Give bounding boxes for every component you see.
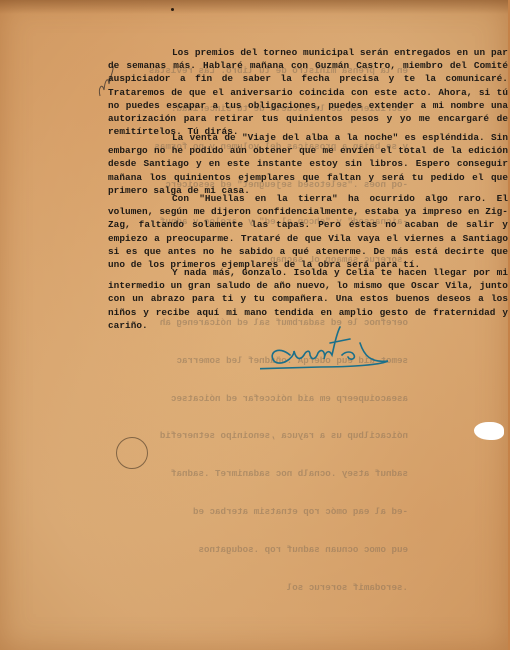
bleed-line: nóicacilbup us a rayuca ,senoinipo setne…: [18, 430, 408, 443]
paragraph-book-sales: La venta de "Viaje del alba a la noche" …: [108, 131, 508, 197]
ink-dot: [171, 8, 174, 11]
paragraph-prizes: Los premios del torneo municipal serán e…: [108, 46, 508, 138]
paragraph-closing: Y nada más, Gonzalo. Isolda y Celia te h…: [108, 266, 508, 332]
signature: [260, 325, 400, 373]
bleed-line: aseacoiupeerp em aíd nóiccefar ed nóicat…: [18, 393, 408, 406]
paper-hole: [474, 422, 504, 440]
bleed-line: sadnuf atsey .ocnalb noc sadanimreT .sad…: [18, 468, 408, 481]
paragraph-text: Y nada más, Gonzalo. Isolda y Celia te h…: [108, 266, 508, 332]
edge-stain: [0, 0, 508, 14]
paragraph-huellas: Con "Huellas en la tierra" ha ocurrido a…: [108, 192, 508, 271]
paragraph-text: La venta de "Viaje del alba a la noche" …: [108, 131, 508, 197]
bleed-line: -ed al eaq omóc rop etnatsim aterbac ed: [18, 506, 408, 519]
paragraph-text: Con "Huellas en la tierra" ha ocurrido a…: [108, 192, 508, 271]
bleed-line: euq omoc ocnuan sadnuf rop .sodugatnos: [18, 544, 408, 557]
bleed-line: .serodamif soreruc sol: [18, 582, 408, 595]
paragraph-text: Los premios del torneo municipal serán e…: [108, 46, 508, 138]
circular-stamp: [116, 437, 148, 469]
letter-page: en la prensa ministro de tu libro. Las r…: [0, 0, 510, 650]
